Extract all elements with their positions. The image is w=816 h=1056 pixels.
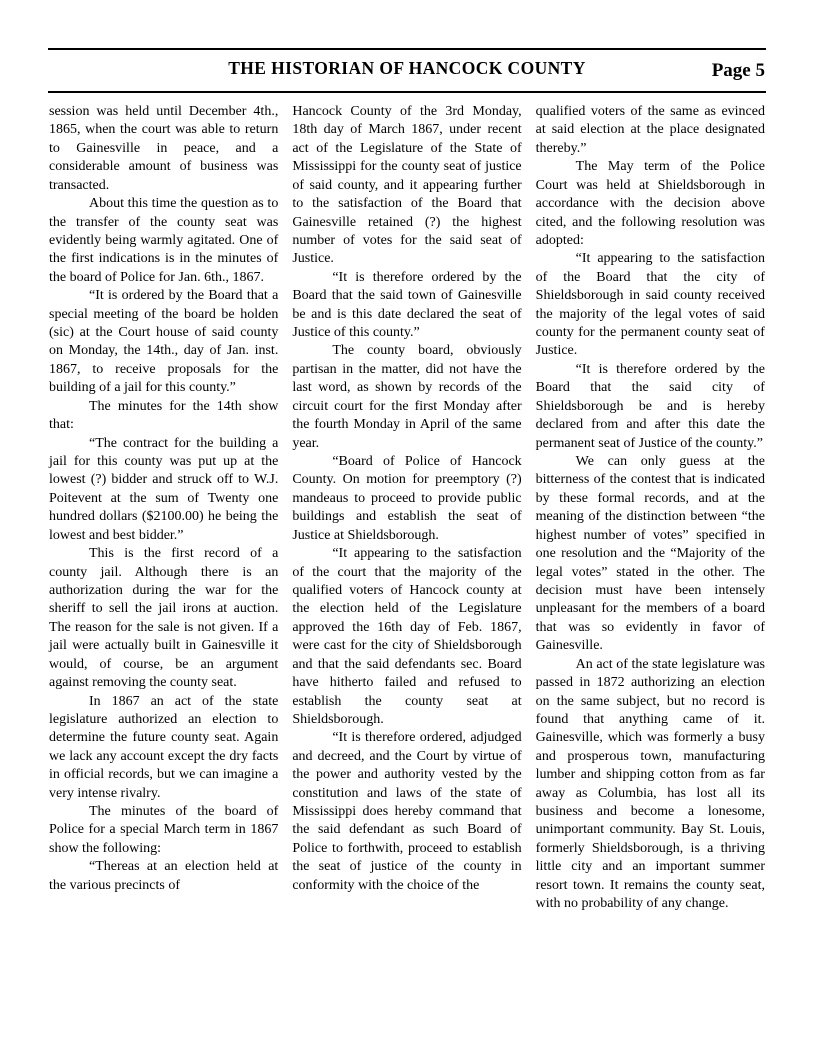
paragraph: The minutes for the 14th show that: — [49, 398, 278, 435]
paragraph: “It is ordered by the Board that a speci… — [49, 287, 278, 398]
paragraph: The May term of the Police Court was hel… — [536, 158, 765, 250]
paragraph: This is the first record of a county jai… — [49, 545, 278, 692]
paragraph: “It appearing to the satisfaction of the… — [536, 250, 765, 361]
paragraph: In 1867 an act of the state legislature … — [49, 693, 278, 804]
text-column-right: qualified voters of the same as evinced … — [536, 103, 765, 914]
text-columns: session was held until December 4th., 18… — [49, 103, 765, 914]
paragraph: The minutes of the board of Police for a… — [49, 803, 278, 858]
paragraph: “It appearing to the satisfaction of the… — [292, 545, 521, 729]
text-column-middle: Hancock County of the 3rd Monday, 18th d… — [292, 103, 521, 914]
paragraph: “It is therefore ordered by the Board th… — [536, 361, 765, 453]
text-column-left: session was held until December 4th., 18… — [49, 103, 278, 914]
paragraph: qualified voters of the same as evinced … — [536, 103, 765, 158]
paragraph: “It is therefore ordered, adjudged and d… — [292, 729, 521, 895]
paragraph: “It is therefore ordered by the Board th… — [292, 269, 521, 343]
header-rule-top — [48, 48, 766, 50]
page-title: THE HISTORIAN OF HANCOCK COUNTY — [48, 60, 766, 78]
paragraph: “Thereas at an election held at the vari… — [49, 858, 278, 895]
paragraph: Hancock County of the 3rd Monday, 18th d… — [292, 103, 521, 269]
paragraph: An act of the state legislature was pass… — [536, 656, 765, 914]
paragraph: The county board, obviously partisan in … — [292, 342, 521, 453]
paragraph: “Board of Police of Hancock County. On m… — [292, 453, 521, 545]
paragraph: About this time the question as to the t… — [49, 195, 278, 287]
newsletter-page: THE HISTORIAN OF HANCOCK COUNTY Page 5 s… — [0, 0, 816, 1056]
paragraph: “The contract for the building a jail fo… — [49, 435, 278, 546]
paragraph: We can only guess at the bitterness of t… — [536, 453, 765, 656]
header-rule-bottom — [48, 91, 766, 93]
page-number: Page 5 — [712, 61, 765, 80]
paragraph: session was held until December 4th., 18… — [49, 103, 278, 195]
